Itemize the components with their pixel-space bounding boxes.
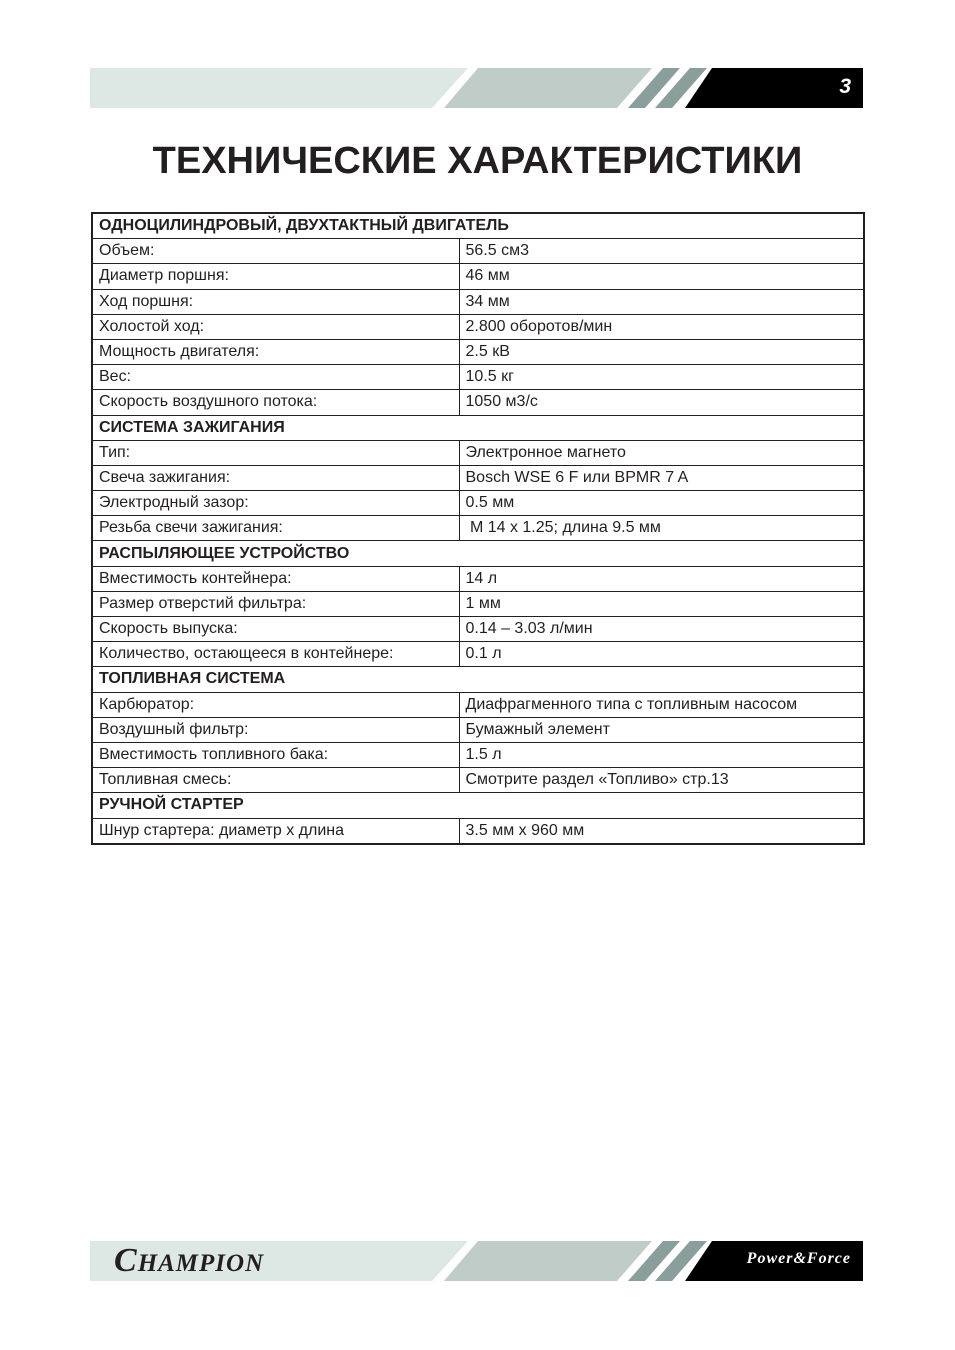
section-header-row: ОДНОЦИЛИНДРОВЫЙ, ДВУХТАКТНЫЙ ДВИГАТЕЛЬ: [92, 213, 864, 239]
spec-value: 1050 м3/с: [459, 390, 864, 415]
spec-label: Объем:: [92, 239, 459, 264]
spec-value: Диафрагменного типа с топливным насосом: [459, 692, 864, 717]
spec-label: Свеча зажигания:: [92, 465, 459, 490]
spec-value: 0.1 л: [459, 642, 864, 667]
spec-value: 0.5 мм: [459, 491, 864, 516]
table-row: Электродный зазор:0.5 мм: [92, 491, 864, 516]
spec-value: 10.5 кг: [459, 365, 864, 390]
spec-label: Вместимость контейнера:: [92, 566, 459, 591]
table-row: Мощность двигателя:2.5 кВ: [92, 339, 864, 364]
spec-label: Тип:: [92, 440, 459, 465]
header-stripes-graphic: [90, 68, 863, 108]
brand-tagline: Power&Force: [747, 1250, 851, 1268]
spec-value: 0.14 – 3.03 л/мин: [459, 617, 864, 642]
spec-value: 3.5 мм x 960 мм: [459, 818, 864, 844]
spec-label: Скорость выпуска:: [92, 617, 459, 642]
table-row: Тип:Электронное магнето: [92, 440, 864, 465]
spec-value: 56.5 см3: [459, 239, 864, 264]
table-row: Карбюратор:Диафрагменного типа с топливн…: [92, 692, 864, 717]
spec-value: Бумажный элемент: [459, 717, 864, 742]
table-row: Шнур стартера: диаметр x длина3.5 мм x 9…: [92, 818, 864, 844]
spec-value: 14 л: [459, 566, 864, 591]
table-row: Топливная смесь:Смотрите раздел «Топливо…: [92, 768, 864, 793]
champion-logo: CHAMPION: [114, 1244, 264, 1281]
spec-value: 46 мм: [459, 264, 864, 289]
table-row: Скорость выпуска:0.14 – 3.03 л/мин: [92, 617, 864, 642]
brand-name: HAMPION: [138, 1250, 264, 1277]
section-title: РУЧНОЙ СТАРТЕР: [92, 793, 864, 818]
table-row: Ход поршня:34 мм: [92, 289, 864, 314]
section-header-row: СИСТЕМА ЗАЖИГАНИЯ: [92, 415, 864, 440]
table-row: Вместимость топливного бака:1.5 л: [92, 742, 864, 767]
spec-label: Карбюратор:: [92, 692, 459, 717]
spec-value: Электронное магнето: [459, 440, 864, 465]
table-row: Вместимость контейнера:14 л: [92, 566, 864, 591]
table-row: Объем:56.5 см3: [92, 239, 864, 264]
table-row: Свеча зажигания:Bosch WSE 6 F или BPMR 7…: [92, 465, 864, 490]
brand-initial: C: [114, 1242, 138, 1279]
spec-value: M 14 x 1.25; длина 9.5 мм: [459, 516, 864, 541]
specifications-table-body: ОДНОЦИЛИНДРОВЫЙ, ДВУХТАКТНЫЙ ДВИГАТЕЛЬОб…: [92, 213, 864, 844]
spec-value: 34 мм: [459, 289, 864, 314]
spec-value: 1.5 л: [459, 742, 864, 767]
spec-value: 1 мм: [459, 591, 864, 616]
spec-label: Количество, остающееся в контейнере:: [92, 642, 459, 667]
section-title: ТОПЛИВНАЯ СИСТЕМА: [92, 667, 864, 692]
table-row: Резьба свечи зажигания: M 14 x 1.25; дли…: [92, 516, 864, 541]
table-row: Скорость воздушного потока:1050 м3/с: [92, 390, 864, 415]
spec-label: Мощность двигателя:: [92, 339, 459, 364]
spec-value: 2.800 оборотов/мин: [459, 314, 864, 339]
page-number: 3: [839, 75, 851, 99]
spec-label: Воздушный фильтр:: [92, 717, 459, 742]
section-header-row: ТОПЛИВНАЯ СИСТЕМА: [92, 667, 864, 692]
footer-band: CHAMPION Power&Force: [90, 1241, 863, 1281]
table-row: Воздушный фильтр:Бумажный элемент: [92, 717, 864, 742]
spec-value: Bosch WSE 6 F или BPMR 7 A: [459, 465, 864, 490]
spec-label: Топливная смесь:: [92, 768, 459, 793]
spec-value: Смотрите раздел «Топливо» стр.13: [459, 768, 864, 793]
section-title: РАСПЫЛЯЮЩЕЕ УСТРОЙСТВО: [92, 541, 864, 566]
header-band: 3: [90, 68, 863, 108]
spec-label: Вместимость топливного бака:: [92, 742, 459, 767]
table-row: Диаметр поршня:46 мм: [92, 264, 864, 289]
spec-label: Размер отверстий фильтра:: [92, 591, 459, 616]
spec-label: Скорость воздушного потока:: [92, 390, 459, 415]
section-title: ОДНОЦИЛИНДРОВЫЙ, ДВУХТАКТНЫЙ ДВИГАТЕЛЬ: [92, 213, 864, 239]
spec-value: 2.5 кВ: [459, 339, 864, 364]
spec-label: Резьба свечи зажигания:: [92, 516, 459, 541]
table-row: Холостой ход:2.800 оборотов/мин: [92, 314, 864, 339]
page-title: ТЕХНИЧЕСКИЕ ХАРАКТЕРИСТИКИ: [0, 140, 955, 183]
spec-label: Шнур стартера: диаметр x длина: [92, 818, 459, 844]
spec-label: Диаметр поршня:: [92, 264, 459, 289]
table-row: Размер отверстий фильтра:1 мм: [92, 591, 864, 616]
section-header-row: РАСПЫЛЯЮЩЕЕ УСТРОЙСТВО: [92, 541, 864, 566]
section-header-row: РУЧНОЙ СТАРТЕР: [92, 793, 864, 818]
specifications-table: ОДНОЦИЛИНДРОВЫЙ, ДВУХТАКТНЫЙ ДВИГАТЕЛЬОб…: [91, 212, 865, 845]
spec-label: Вес:: [92, 365, 459, 390]
table-row: Вес:10.5 кг: [92, 365, 864, 390]
spec-label: Ход поршня:: [92, 289, 459, 314]
section-title: СИСТЕМА ЗАЖИГАНИЯ: [92, 415, 864, 440]
table-row: Количество, остающееся в контейнере:0.1 …: [92, 642, 864, 667]
spec-label: Электродный зазор:: [92, 491, 459, 516]
spec-label: Холостой ход:: [92, 314, 459, 339]
